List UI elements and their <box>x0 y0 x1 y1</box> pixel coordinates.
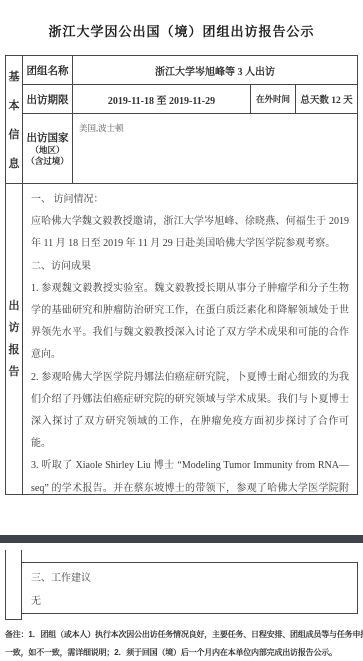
group-name-value: 浙江大学岑旭峰等 3 人出访 <box>73 56 357 84</box>
row-visit-period: 出访期限 2019-11-18 至 2019-11-29 在外时间 总天数 12… <box>23 85 357 114</box>
basic-info-vertical-label: 基本信息 <box>6 56 23 183</box>
visit-period-label: 出访期限 <box>23 85 73 113</box>
report-table: 基本信息 团组名称 浙江大学岑旭峰等 3 人出访 出访期限 2019-11-18… <box>5 55 358 495</box>
work-suggestions-heading: 三、工作建议 <box>31 567 348 590</box>
group-name-label: 团组名称 <box>23 56 73 84</box>
destination-label-line3: （含过境） <box>26 156 69 167</box>
report-paragraph: 一、 访问情况： <box>31 189 349 211</box>
row-group-name: 团组名称 浙江大学岑旭峰等 3 人出访 <box>23 56 357 85</box>
footer-remarks: 备注：1．团组（或本人）执行本次因公出访任务情况良好，主要任务、日程安排、团组成… <box>5 626 363 661</box>
report-paragraph: 2. 参观哈佛大学医学院丹娜法伯癌症研究院，卜夏博士耐心细致的为我们介绍了丹娜法… <box>31 367 349 456</box>
page-title: 浙江大学因公出国（境）团组出访报告公示 <box>0 21 363 40</box>
footer-remarks-line2: 一致，如不一致，需详细说明；2．须于回国（境）后一个月内在本单位内部完成出访报告… <box>5 644 363 661</box>
report-body: 一、 访问情况：应哈佛大学魏文毅教授邀请，浙江大学岑旭峰、徐晓燕、何福生于 20… <box>23 184 357 494</box>
destination-label-line2: （地区） <box>30 145 64 156</box>
report-paragraph: 应哈佛大学魏文毅教授邀请，浙江大学岑旭峰、徐晓燕、何福生于 2019 年 11 … <box>31 211 349 255</box>
basic-info-rows: 团组名称 浙江大学岑旭峰等 3 人出访 出访期限 2019-11-18 至 20… <box>23 56 357 183</box>
abroad-time-label: 在外时间 <box>251 85 296 113</box>
report-paragraph: 3. 听取了 Xiaole Shirley Liu 博士 “Modeling T… <box>31 455 349 494</box>
report-paragraph: 1. 参观魏文毅教授实验室。魏文毅教授长期从事分子肿瘤学和分子生物学的基础研究和… <box>31 278 349 367</box>
work-suggestions-cell: 三、工作建议 无 <box>22 562 358 614</box>
basic-info-section: 基本信息 团组名称 浙江大学岑旭峰等 3 人出访 出访期限 2019-11-18… <box>6 56 357 183</box>
report-paragraph: 二、访问成果 <box>31 256 349 278</box>
row-destination: 出访国家 （地区） （含过境） 美国,波士顿 <box>23 114 357 183</box>
destination-label-line1: 出访国家 <box>27 130 69 145</box>
destination-label: 出访国家 （地区） （含过境） <box>23 114 73 183</box>
next-page-table-fragment: 三、工作建议 无 <box>5 550 358 620</box>
page-break-bar <box>0 535 363 543</box>
abroad-time-value: 总天数 12 天 <box>296 85 357 113</box>
visit-report-section: 出访报告 一、 访问情况：应哈佛大学魏文毅教授邀请，浙江大学岑旭峰、徐晓燕、何福… <box>6 183 357 494</box>
destination-value: 美国,波士顿 <box>73 114 357 183</box>
work-suggestions-content: 无 <box>31 590 348 613</box>
visit-period-value: 2019-11-18 至 2019-11-29 <box>73 85 251 113</box>
footer-remarks-line1: 备注：1．团组（或本人）执行本次因公出访任务情况良好，主要任务、日程安排、团组成… <box>5 626 363 644</box>
visit-report-vertical-label: 出访报告 <box>6 184 23 494</box>
fragment-left-column <box>5 550 22 620</box>
